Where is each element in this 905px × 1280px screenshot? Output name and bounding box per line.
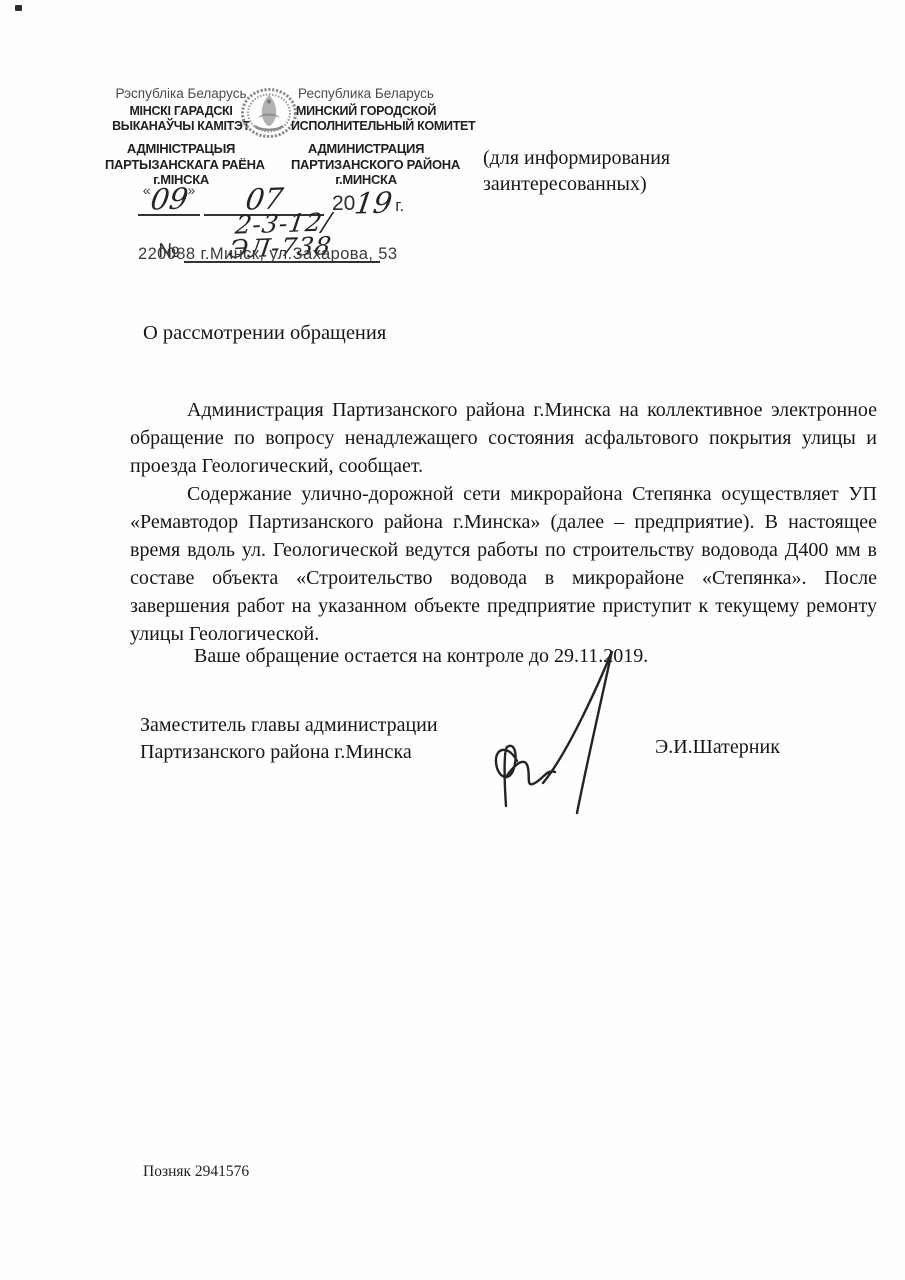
scanned-letter-page: Рэспубліка Беларусь МІНСКІ ГАРАДСКІ ВЫКА… bbox=[0, 0, 905, 1280]
signer-name: Э.И.Шатерник bbox=[655, 736, 780, 759]
signer-position-line2: Партизанского района г.Минска bbox=[140, 739, 438, 766]
sender-address: 220088 г.Минск, ул.Захарова, 53 bbox=[138, 245, 397, 264]
admin-line1-by: АДМІНІСТРАЦЫЯ bbox=[105, 141, 257, 157]
date-day-field: «09» bbox=[138, 182, 200, 216]
body-paragraph-1: Администрация Партизанского района г.Мин… bbox=[130, 396, 877, 480]
state-emblem-icon bbox=[241, 88, 297, 138]
admin-name-by: АДМІНІСТРАЦЫЯ ПАРТЫЗАНСКАГА РАЁНА г.МІНС… bbox=[105, 141, 257, 188]
admin-line2-by: ПАРТЫЗАНСКАГА РАЁНА bbox=[105, 157, 257, 173]
country-name-ru: Республика Беларусь bbox=[291, 86, 441, 101]
body-paragraph-2: Содержание улично-дорожной сети микрорай… bbox=[130, 480, 877, 648]
signer-position: Заместитель главы администрации Партизан… bbox=[140, 712, 438, 766]
country-name-by: Рэспубліка Беларусь bbox=[105, 86, 257, 101]
handwritten-day: 09 bbox=[149, 185, 190, 212]
org-name-ru: МИНСКИЙ ГОРОДСКОЙ ИСПОЛНИТЕЛЬНЫЙ КОМИТЕТ bbox=[291, 104, 441, 134]
handwritten-signature bbox=[473, 645, 623, 815]
org-line2-ru: ИСПОЛНИТЕЛЬНЫЙ КОМИТЕТ bbox=[291, 119, 441, 134]
admin-line2-ru: ПАРТИЗАНСКОГО РАЙОНА bbox=[291, 157, 441, 173]
scan-artifact bbox=[15, 5, 22, 11]
admin-line1-ru: АДМИНИСТРАЦИЯ bbox=[291, 141, 441, 157]
executor-contact: Позняк 2941576 bbox=[143, 1163, 249, 1181]
recipient-annotation: (для информирования заинтересованных) bbox=[483, 145, 783, 197]
org-line1-ru: МИНСКИЙ ГОРОДСКОЙ bbox=[291, 104, 441, 119]
letterhead-belarusian-column: Рэспубліка Беларусь МІНСКІ ГАРАДСКІ ВЫКА… bbox=[105, 86, 257, 188]
subject-line: О рассмотрении обращения bbox=[143, 322, 386, 345]
letterhead-russian-column: Республика Беларусь МИНСКИЙ ГОРОДСКОЙ ИС… bbox=[291, 86, 441, 188]
org-line1-by: МІНСКІ ГАРАДСКІ bbox=[105, 104, 257, 119]
year-suffix: г. bbox=[395, 196, 404, 216]
signer-position-line1: Заместитель главы администрации bbox=[140, 712, 438, 739]
admin-name-ru: АДМИНИСТРАЦИЯ ПАРТИЗАНСКОГО РАЙОНА г.МИН… bbox=[291, 141, 441, 188]
org-line2-by: ВЫКАНАЎЧЫ КАМІТЭТ bbox=[105, 119, 257, 134]
org-name-by: МІНСКІ ГАРАДСКІ ВЫКАНАЎЧЫ КАМІТЭТ bbox=[105, 104, 257, 134]
letter-body: Администрация Партизанского района г.Мин… bbox=[130, 396, 877, 670]
open-quote: « bbox=[143, 182, 151, 198]
